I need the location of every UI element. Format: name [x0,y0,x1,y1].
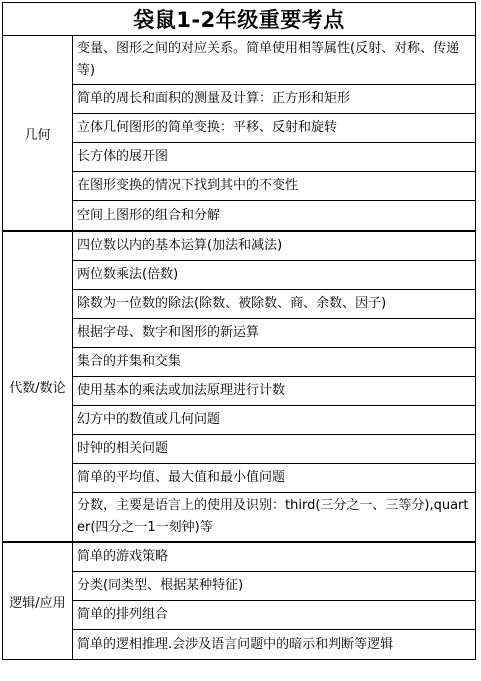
table-section-logic-application: 逻辑/应用简单的游戏策略分类(同类型、根据某种特征)简单的排列组合简单的逻相推理… [3,543,475,659]
topic-row: 幻方中的数值或几何问题 [73,406,475,435]
exam-points-table: 袋鼠1-2年级重要考点 几何变量、图形之间的对应关系。简单使用相等属性(反射、对… [2,2,476,660]
topic-row: 分类(同类型、根据某种特征) [73,572,475,601]
topic-row: 根据字母、数字和图形的新运算 [73,319,475,348]
topic-row: 除数为一位数的除法(除数、被除数、商、余数、因子) [73,290,475,319]
topic-row: 空间上图形的组合和分解 [73,201,475,230]
topic-row: 简单的平均值、最大值和最小值问题 [73,464,475,493]
section-rows: 变量、图形之间的对应关系。简单使用相等属性(反射、对称、传递等)简单的周长和面积… [73,36,475,230]
topic-row: 简单的游戏策略 [73,543,475,572]
section-rows: 四位数以内的基本运算(加法和减法)两位数乘法(倍数)除数为一位数的除法(除数、被… [73,232,475,541]
topic-row: 两位数乘法(倍数) [73,261,475,290]
category-cell-geometry: 几何 [3,36,73,230]
topic-row: 时钟的相关问题 [73,435,475,464]
topic-row: 长方体的展开图 [73,143,475,172]
topic-row: 在图形变换的情况下找到其中的不变性 [73,172,475,201]
topic-row: 变量、图形之间的对应关系。简单使用相等属性(反射、对称、传递等) [73,36,475,85]
category-cell-logic-application: 逻辑/应用 [3,543,73,659]
topic-row: 简单的周长和面积的测量及计算：正方形和矩形 [73,85,475,114]
category-cell-algebra-number-theory: 代数/数论 [3,232,73,541]
document-page: 袋鼠1-2年级重要考点 几何变量、图形之间的对应关系。简单使用相等属性(反射、对… [0,0,481,681]
topic-row: 简单的排列组合 [73,601,475,630]
table-section-algebra-number-theory: 代数/数论四位数以内的基本运算(加法和减法)两位数乘法(倍数)除数为一位数的除法… [3,232,475,543]
table-section-geometry: 几何变量、图形之间的对应关系。简单使用相等属性(反射、对称、传递等)简单的周长和… [3,36,475,232]
topic-row: 集合的并集和交集 [73,348,475,377]
topic-row: 简单的逻相推理.会涉及语言问题中的暗示和判断等逻辑 [73,630,475,659]
table-title: 袋鼠1-2年级重要考点 [3,3,475,36]
section-rows: 简单的游戏策略分类(同类型、根据某种特征)简单的排列组合简单的逻相推理.会涉及语… [73,543,475,659]
table-body: 几何变量、图形之间的对应关系。简单使用相等属性(反射、对称、传递等)简单的周长和… [3,36,475,659]
topic-row: 立体几何图形的简单变换：平移、反射和旋转 [73,114,475,143]
topic-row: 四位数以内的基本运算(加法和减法) [73,232,475,261]
topic-row: 使用基本的乘法或加法原理进行计数 [73,377,475,406]
topic-row: 分数，主要是语言上的使用及识别：third(三分之一、三等分),quarter(… [73,493,475,541]
